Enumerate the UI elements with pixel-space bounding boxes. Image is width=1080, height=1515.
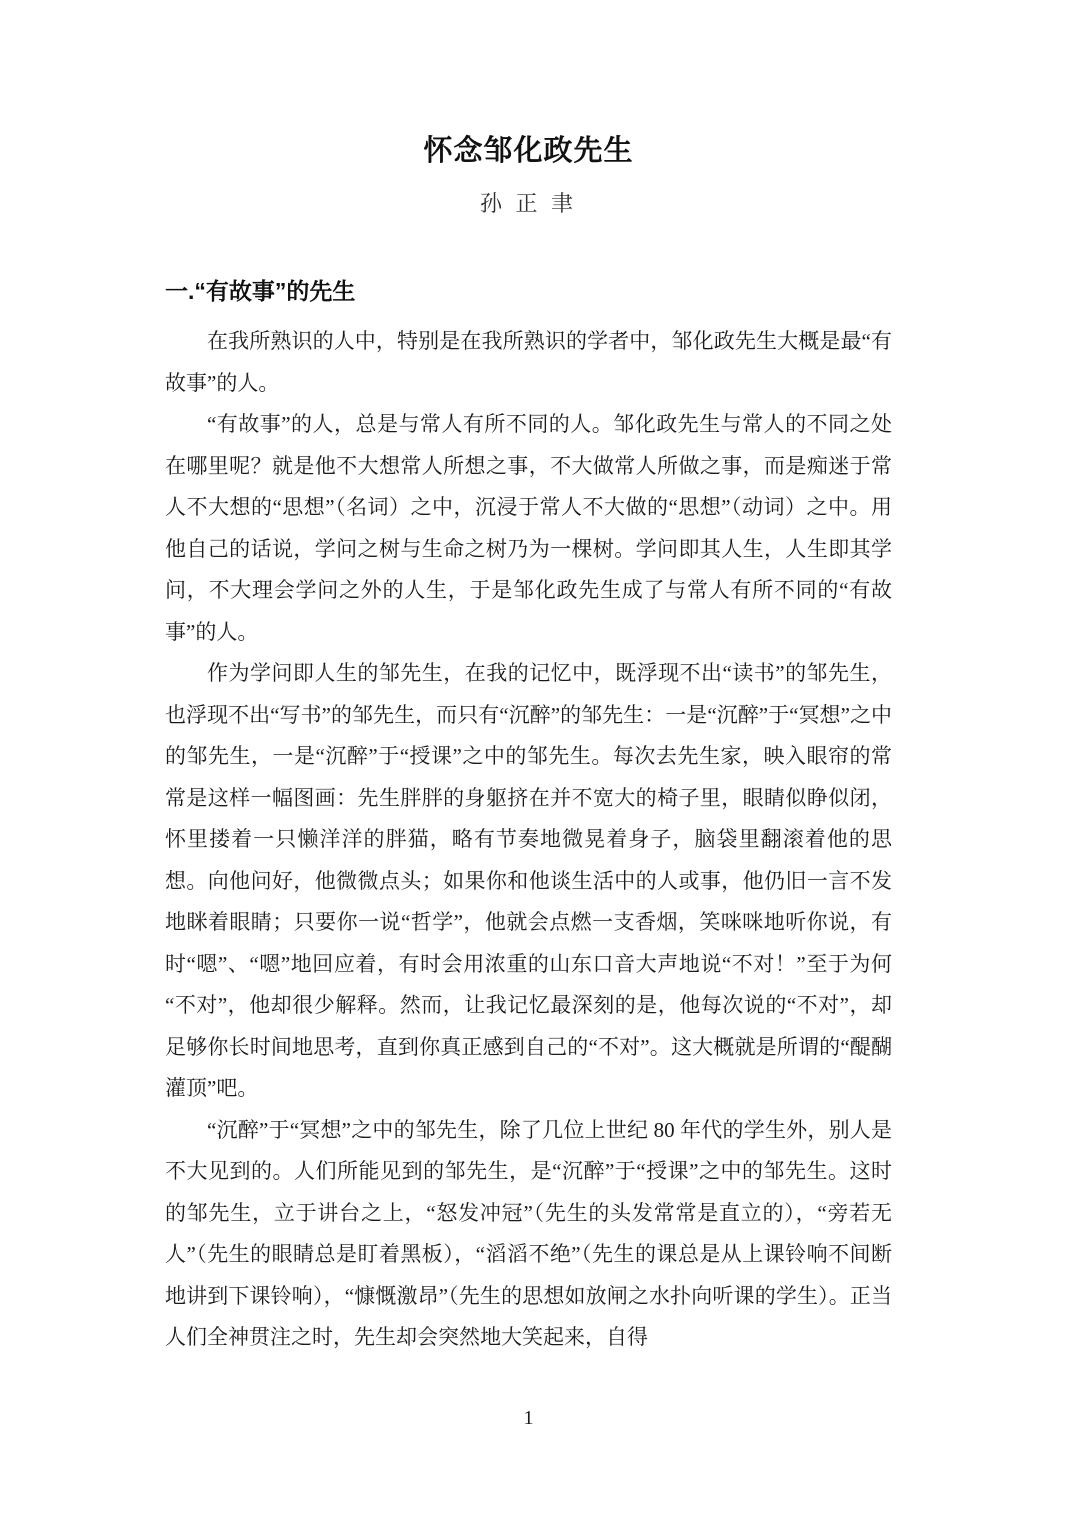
- section-heading: 一.“有故事”的先生: [165, 277, 892, 306]
- page-title: 怀念邹化政先生: [165, 133, 892, 169]
- paragraph: 在我所熟识的人中，特别是在我所熟识的学者中，邹化政先生大概是最“有故事”的人。: [165, 321, 892, 404]
- document-page: 怀念邹化政先生 孙 正 聿 一.“有故事”的先生 在我所熟识的人中，特别是在我所…: [0, 0, 1080, 1515]
- document-content: 怀念邹化政先生 孙 正 聿 一.“有故事”的先生 在我所熟识的人中，特别是在我所…: [165, 0, 892, 1359]
- paragraph: “有故事”的人，总是与常人有所不同的人。邹化政先生与常人的不同之处在哪里呢？就是…: [165, 404, 892, 653]
- author-byline: 孙 正 聿: [165, 190, 892, 218]
- document-body: 在我所熟识的人中，特别是在我所熟识的学者中，邹化政先生大概是最“有故事”的人。“…: [165, 321, 892, 1359]
- paragraph: “沉醉”于“冥想”之中的邹先生，除了几位上世纪 80 年代的学生外，别人是不大见…: [165, 1110, 892, 1359]
- page-number: 1: [165, 1406, 892, 1430]
- paragraph: 作为学问即人生的邹先生，在我的记忆中，既浮现不出“读书”的邹先生，也浮现不出“写…: [165, 653, 892, 1110]
